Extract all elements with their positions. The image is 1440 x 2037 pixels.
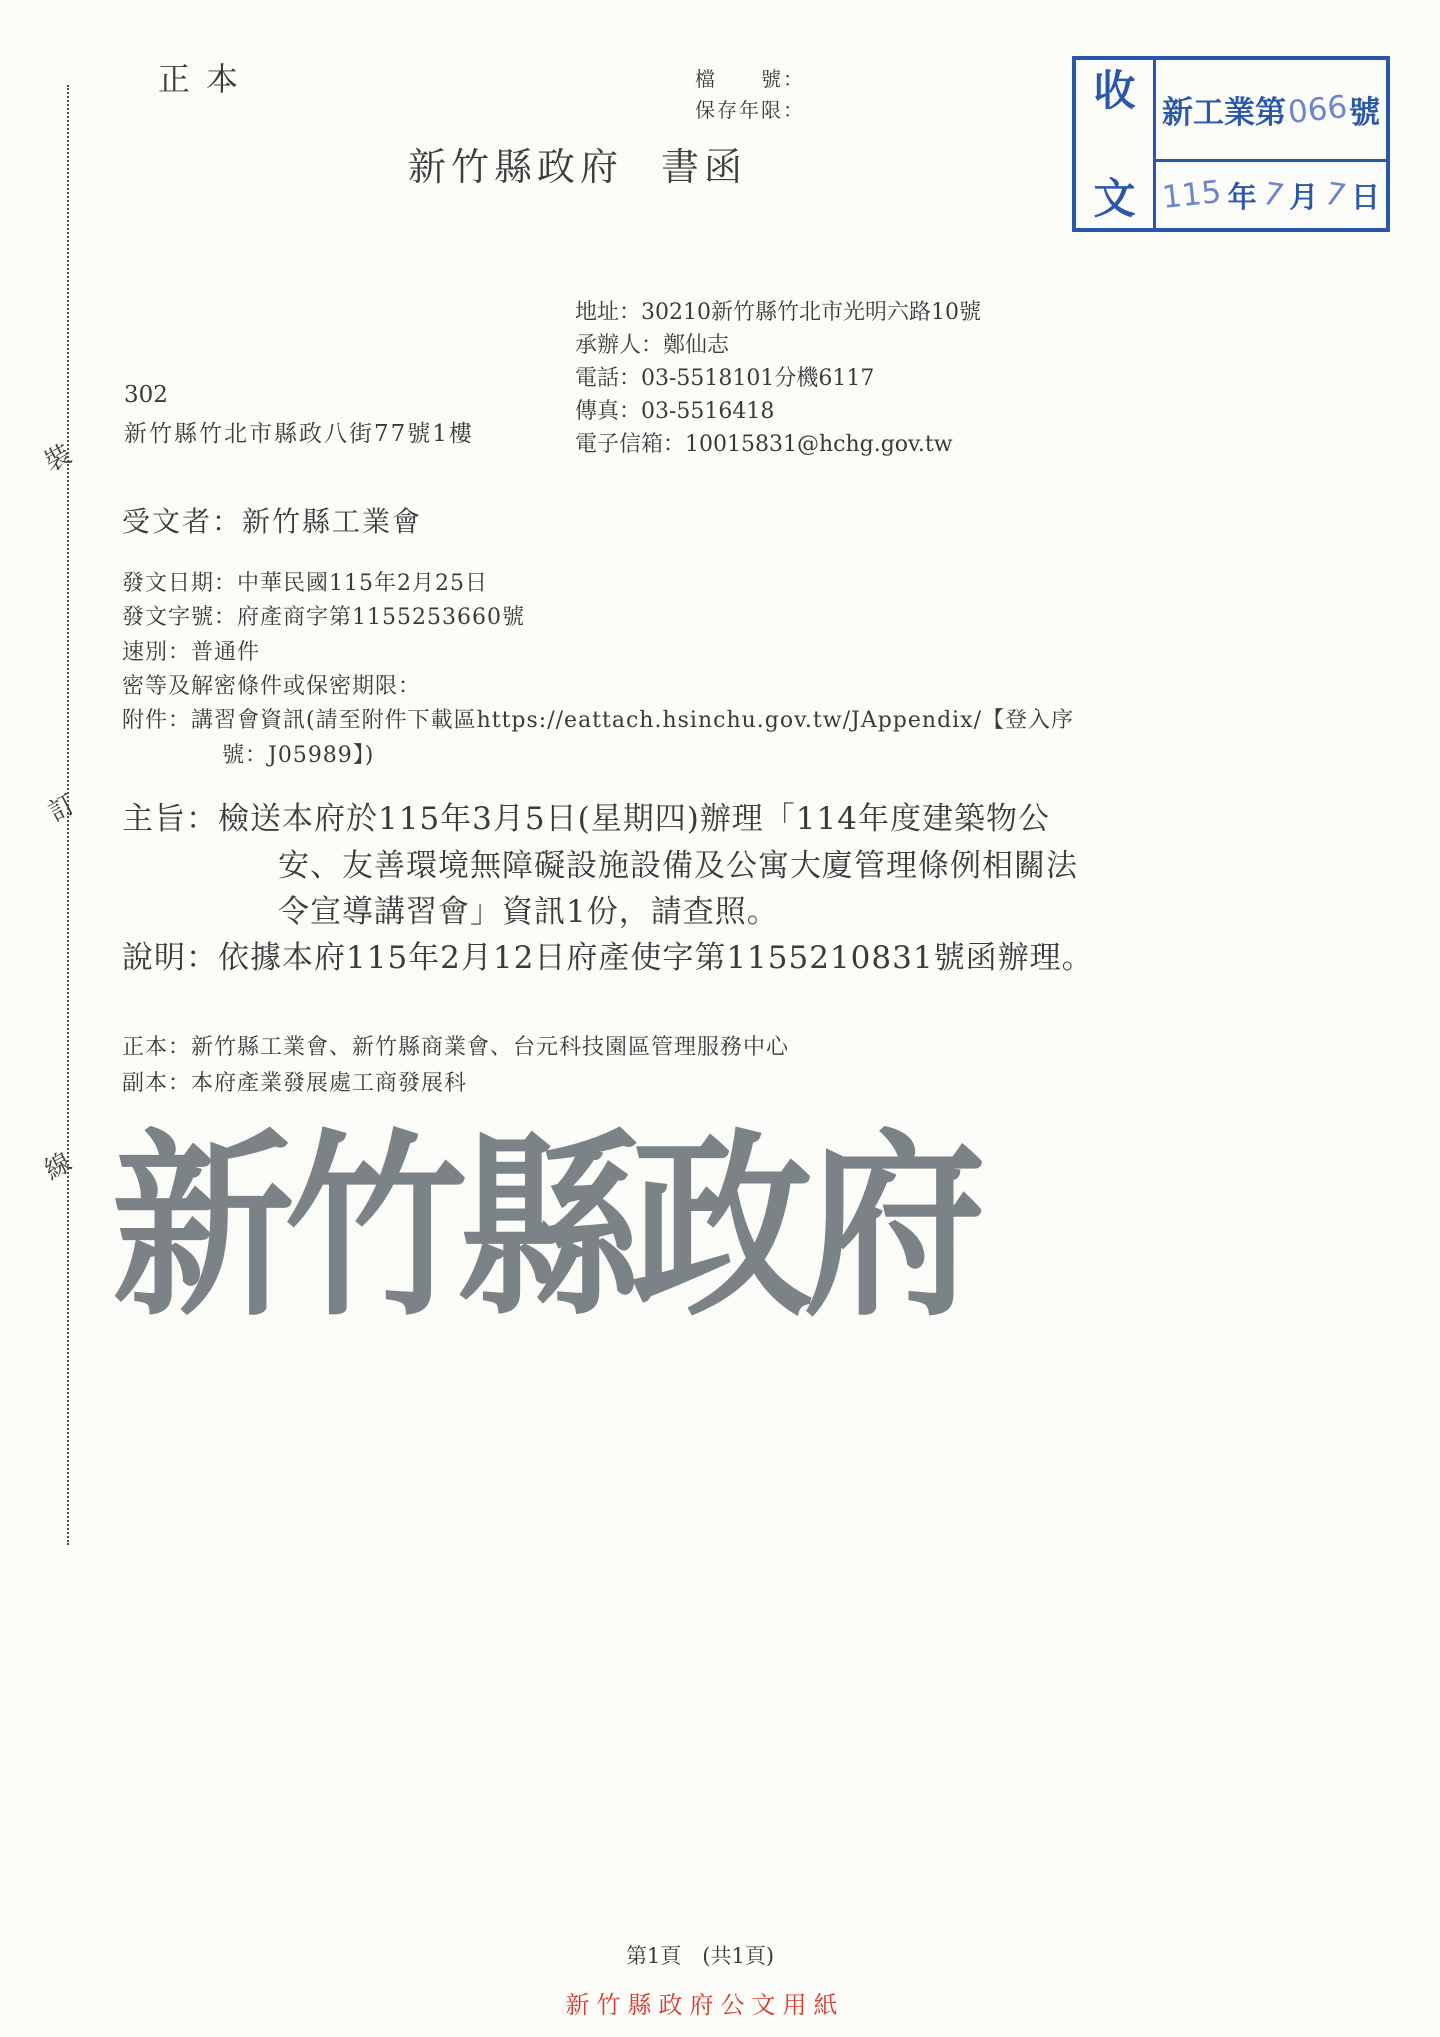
receive-stamp-fields: 新工業第 066 號 115 年 7 月 7 日 bbox=[1156, 60, 1386, 228]
meta-speed: 速別：普通件 bbox=[122, 635, 260, 666]
receive-date-day-handwritten: 7 bbox=[1320, 176, 1350, 214]
official-letter-page: 裝 訂 線 正本 檔 號：保存年限： 收 文 新工業第 066 號 115 年 … bbox=[0, 0, 1440, 2037]
binding-mark-zhuang: 裝 bbox=[37, 434, 77, 479]
footer-page-number: 第1頁 (共1頁) bbox=[420, 1940, 980, 1970]
binding-mark-xian: 線 bbox=[37, 1142, 77, 1187]
receive-stamp-char-shou: 收 bbox=[1093, 70, 1135, 112]
recipient-street: 新竹縣竹北市縣政八街77號1樓 bbox=[124, 415, 474, 448]
agency-contact-block: 地址：30210新竹縣竹北市光明六路10號 承辦人：鄭仙志 電話：03-5518… bbox=[575, 296, 981, 461]
receive-number-prefix: 新工業第 bbox=[1162, 87, 1286, 132]
contact-person: 承辦人：鄭仙志 bbox=[575, 329, 981, 362]
contact-email: 電子信箱：10015831@hchg.gov.tw bbox=[575, 428, 981, 461]
contact-phone: 電話：03-5518101分機6117 bbox=[575, 362, 981, 395]
retention-label: 保存年限： bbox=[695, 98, 805, 122]
copy-type-label: 正本 bbox=[158, 54, 254, 100]
recipient-line: 受文者：新竹縣工業會 bbox=[122, 500, 422, 540]
footer-paper-name: 新竹縣政府公文用紙 bbox=[420, 1985, 990, 2020]
receive-date-year-label: 年 bbox=[1228, 175, 1257, 216]
receive-date-year-handwritten: 115 bbox=[1160, 174, 1223, 216]
document-title: 新竹縣政府書函 bbox=[408, 136, 747, 191]
contact-address: 地址：30210新竹縣竹北市光明六路10號 bbox=[575, 296, 981, 329]
receive-stamp-label-column: 收 文 bbox=[1076, 60, 1156, 228]
binding-mark-ding: 訂 bbox=[41, 784, 81, 829]
document-title-org: 新竹縣政府 bbox=[408, 145, 623, 189]
receive-date-month-label: 月 bbox=[1289, 175, 1318, 216]
receive-number-handwritten: 066 bbox=[1286, 89, 1349, 131]
recipient-zip: 302 bbox=[124, 382, 168, 408]
meta-issue-date: 發文日期：中華民國115年2月25日 bbox=[122, 566, 488, 597]
subject-line3: 令宣導講習會」資訊1份，請查照。 bbox=[278, 886, 779, 931]
receive-stamp-char-wen: 文 bbox=[1093, 178, 1135, 220]
document-title-type: 書函 bbox=[661, 145, 747, 189]
receive-date-month-handwritten: 7 bbox=[1258, 176, 1288, 214]
contact-fax: 傳真：03-5516418 bbox=[575, 395, 981, 428]
receive-date-day-label: 日 bbox=[1351, 175, 1380, 216]
meta-attachment-line2: 號：J05989】) bbox=[222, 738, 374, 769]
receive-stamp: 收 文 新工業第 066 號 115 年 7 月 7 日 bbox=[1072, 56, 1390, 232]
subject-line1: 主旨：檢送本府於115年3月5日(星期四)辦理「114年度建築物公 bbox=[122, 793, 1050, 838]
receive-stamp-date-row: 115 年 7 月 7 日 bbox=[1156, 162, 1386, 228]
meta-security: 密等及解密條件或保密期限： bbox=[122, 669, 421, 700]
cc-original: 正本：新竹縣工業會、新竹縣商業會、台元科技園區管理服務中心 bbox=[122, 1030, 789, 1061]
receive-stamp-number-row: 新工業第 066 號 bbox=[1156, 60, 1386, 162]
receive-number-suffix: 號 bbox=[1349, 87, 1380, 132]
agency-name-stamp: 新竹縣政府 bbox=[112, 1108, 977, 1346]
subject-line2: 安、友善環境無障礙設施設備及公寓大廈管理條例相關法 bbox=[278, 840, 1078, 885]
cc-copy: 副本：本府產業發展處工商發展科 bbox=[122, 1066, 467, 1097]
file-number-block: 檔 號：保存年限： bbox=[695, 64, 805, 126]
file-number-label: 檔 號： bbox=[695, 67, 805, 91]
explanation-line: 說明：依據本府115年2月12日府產使字第1155210831號函辦理。 bbox=[122, 932, 1094, 977]
meta-doc-number: 發文字號：府產商字第1155253660號 bbox=[122, 600, 525, 631]
meta-attachment-line1: 附件：講習會資訊(請至附件下載區https://eattach.hsinchu.… bbox=[122, 703, 1074, 734]
